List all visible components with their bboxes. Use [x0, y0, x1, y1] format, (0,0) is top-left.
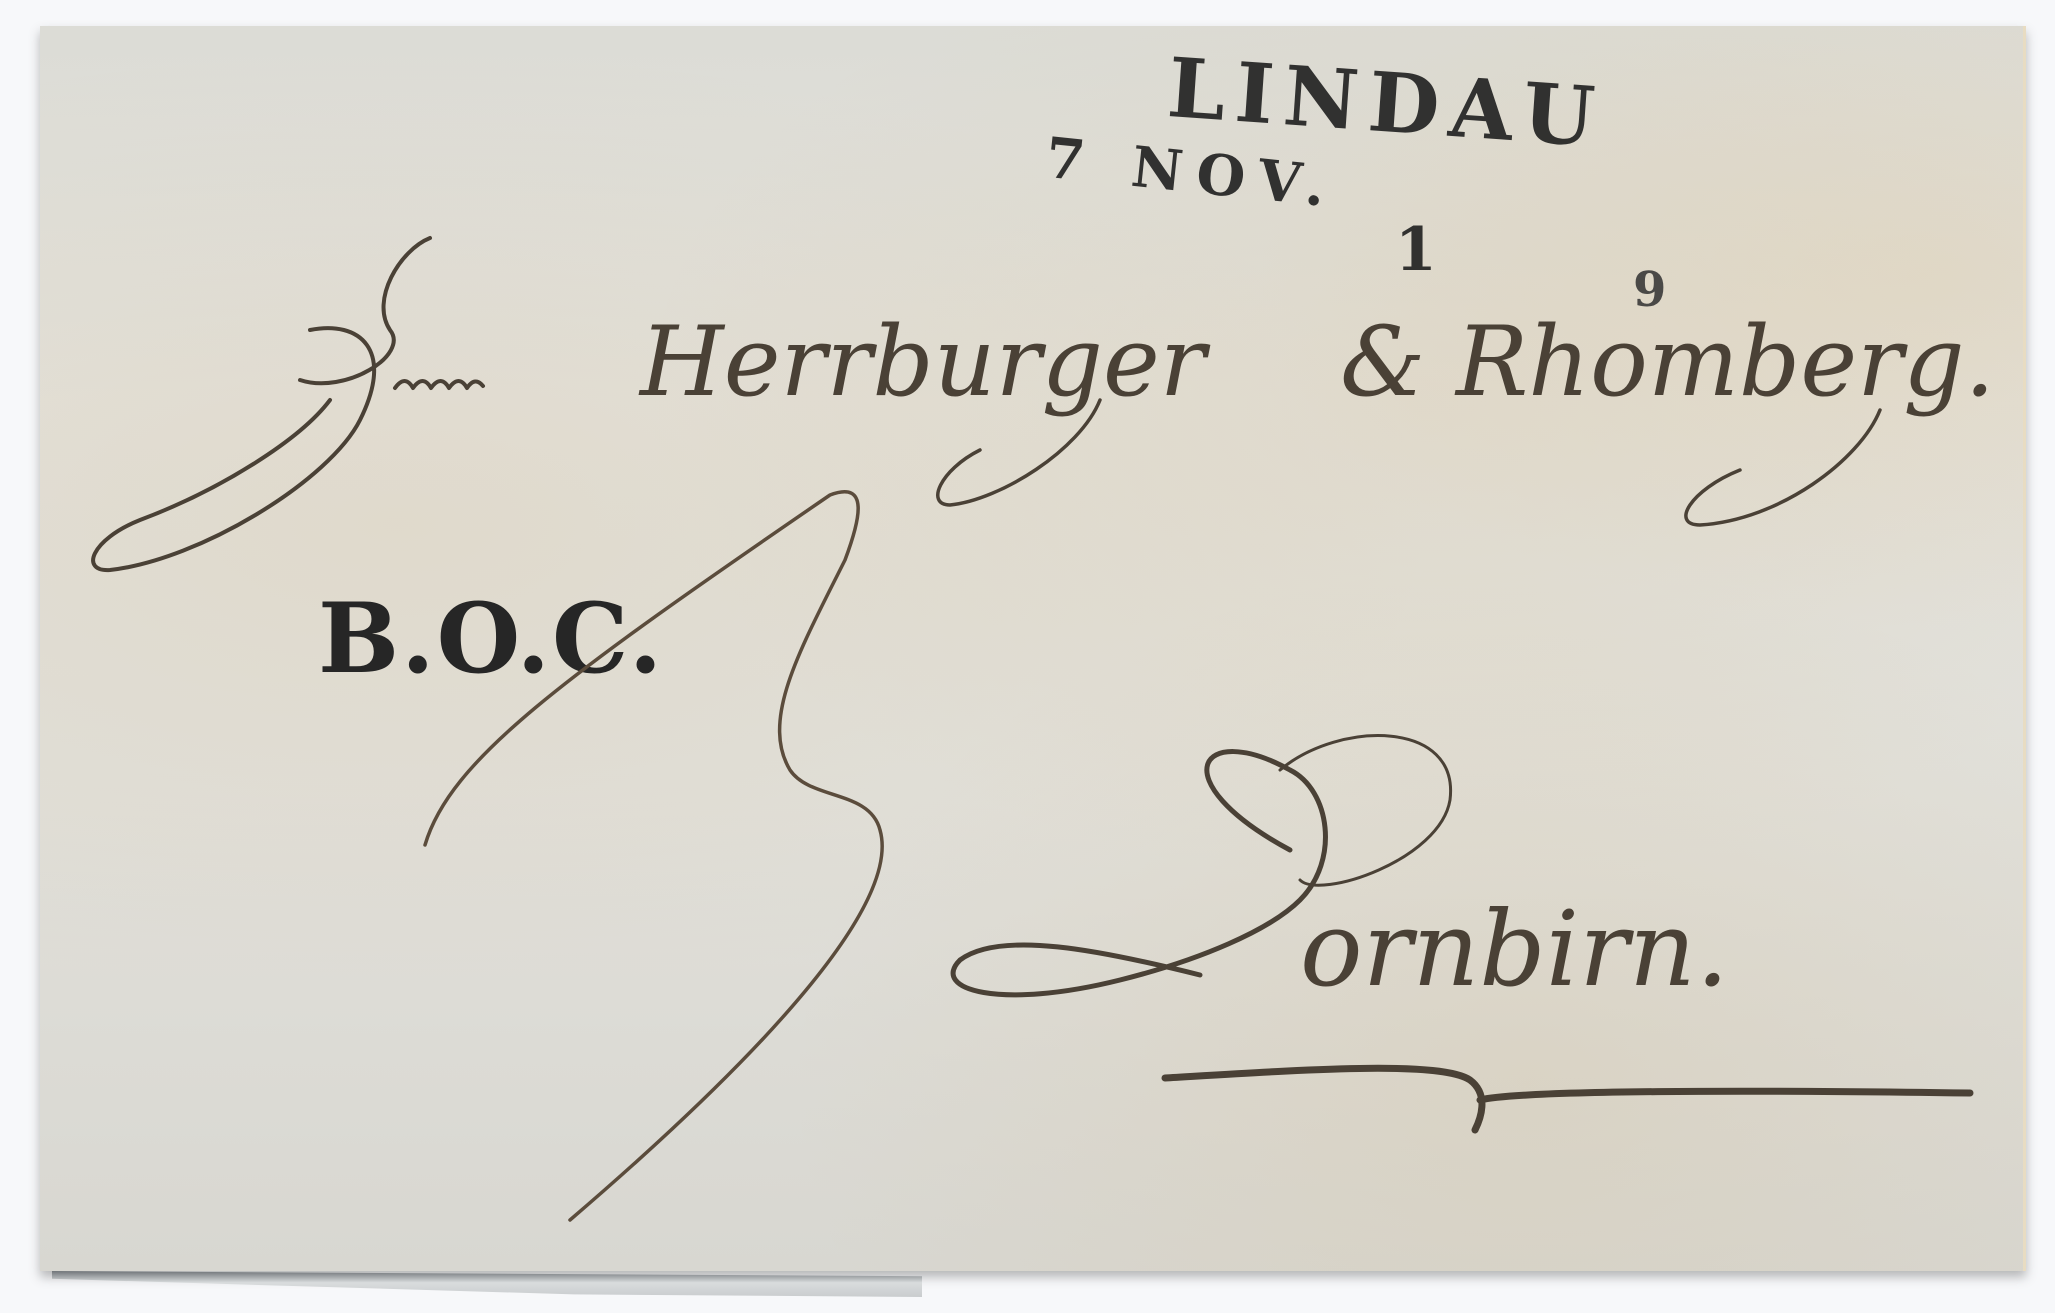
postmark-year-fragment: 1	[1395, 215, 1447, 285]
boc-handstamp: B.O.C.	[318, 582, 664, 695]
folded-flap	[52, 1271, 922, 1297]
address-salutation: Herrn	[300, 300, 582, 407]
address-recipient-name: Herrburger & Rhomberg.	[611, 300, 1810, 407]
